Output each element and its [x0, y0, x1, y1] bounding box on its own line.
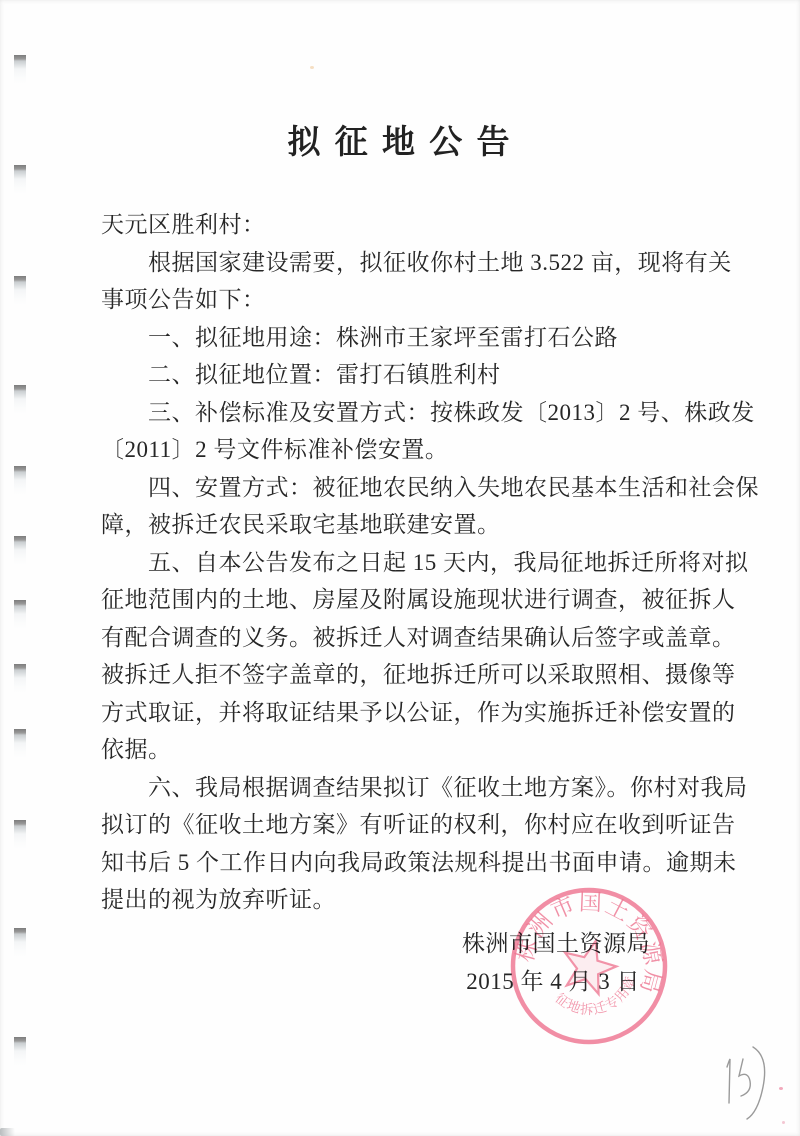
- scan-artifact: [14, 466, 26, 496]
- body-line-item-2: 二、拟征地位置：雷打石镇胜利村: [101, 354, 741, 392]
- scan-artifact: [14, 928, 26, 958]
- body-line-item-6: 六、我局根据调查结果拟订《征收土地方案》。你村对我局: [101, 767, 741, 805]
- scan-artifact: [14, 536, 26, 566]
- page-title: 拟 征 地 公 告: [0, 116, 800, 163]
- scan-artifact: [782, 1121, 785, 1124]
- body-line: 事项公告如下：: [101, 279, 741, 317]
- body-line: 障，被拆迁农民采取宅基地联建安置。: [101, 504, 741, 542]
- scan-artifact: [14, 600, 26, 630]
- body-line: 根据国家建设需要，拟征收你村土地 3.522 亩，现将有关: [101, 242, 741, 280]
- body-line: 征地范围内的土地、房屋及附属设施现状进行调查，被征拆人: [101, 579, 741, 617]
- body-line: 拟订的《征收土地方案》有听证的权利，你村应在收到听证告: [101, 804, 741, 842]
- scan-artifact: [310, 66, 314, 69]
- body-line: 依据。: [101, 729, 741, 767]
- body-line: 有配合调查的义务。被拆迁人对调查结果确认后签字或盖章。: [101, 617, 741, 655]
- scan-artifact: [779, 1087, 783, 1090]
- scanned-announcement-page: 拟 征 地 公 告 天元区胜利村： 根据国家建设需要，拟征收你村土地 3.522…: [0, 0, 800, 1136]
- body-line: 知书后 5 个工作日内向我局政策法规科提出书面申请。逾期未: [101, 842, 741, 880]
- star-icon: [557, 934, 621, 997]
- handwritten-page-number: [705, 1035, 775, 1135]
- scan-artifact: [14, 820, 26, 850]
- scan-artifact: [14, 276, 26, 306]
- body-line-salutation: 天元区胜利村：: [101, 204, 741, 242]
- body-line-item-1: 一、拟征地用途：株洲市王家坪至雷打石公路: [101, 317, 741, 355]
- body-line: 方式取证，并将取证结果予以公证，作为实施拆迁补偿安置的: [101, 692, 741, 730]
- scan-artifact: [14, 1037, 26, 1067]
- scan-artifact: [0, 1128, 15, 1136]
- body-line-item-4: 四、安置方式：被征地农民纳入失地农民基本生活和社会保: [101, 467, 741, 505]
- body-line: 〔2011〕2 号文件标准补偿安置。: [101, 429, 741, 467]
- announcement-body: 天元区胜利村： 根据国家建设需要，拟征收你村土地 3.522 亩，现将有关 事项…: [101, 204, 741, 917]
- scan-artifact: [14, 729, 26, 759]
- body-line: 被拆迁人拒不签字盖章的，征地拆迁所可以采取照相、摄像等: [101, 654, 741, 692]
- scan-artifact: [14, 664, 26, 694]
- scan-artifact: [14, 385, 26, 415]
- body-line-item-3: 三、补偿标准及安置方式：按株政发〔2013〕2 号、株政发: [101, 392, 741, 430]
- scan-artifact: [14, 165, 26, 195]
- scan-artifact: [14, 55, 26, 85]
- body-line-item-5: 五、自本公告发布之日起 15 天内，我局征地拆迁所将对拟: [101, 542, 741, 580]
